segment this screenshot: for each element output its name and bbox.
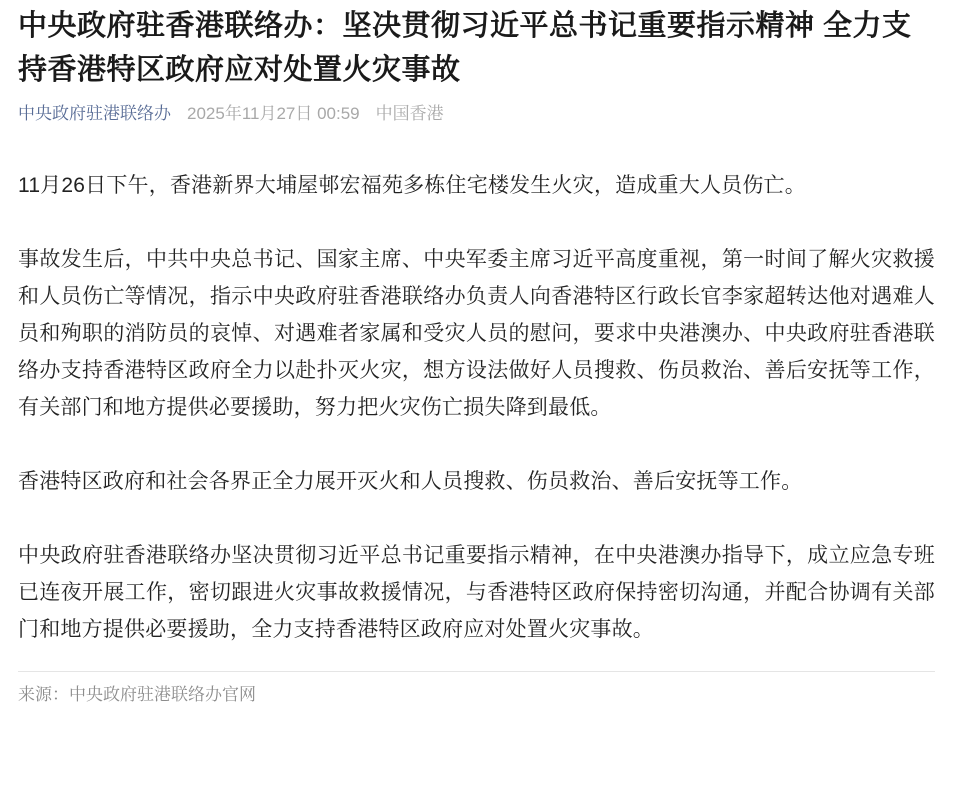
author-link[interactable]: 中央政府驻港联络办 [18,101,171,127]
article-paragraph: 11月26日下午，香港新界大埔屋邨宏福苑多栋住宅楼发生火灾，造成重大人员伤亡。 [18,167,935,204]
article-paragraph: 中央政府驻香港联络办坚决贯彻习近平总书记重要指示精神，在中央港澳办指导下，成立应… [18,537,935,648]
article-source: 来源：中央政府驻港联络办官网 [18,671,935,707]
article-body: 11月26日下午，香港新界大埔屋邨宏福苑多栋住宅楼发生火灾，造成重大人员伤亡。 … [18,167,935,648]
article: 中央政府驻香港联络办：坚决贯彻习近平总书记重要指示精神 全力支持香港特区政府应对… [0,0,953,707]
publish-datetime: 2025年11月27日 00:59 [187,101,360,127]
byline: 中央政府驻港联络办 2025年11月27日 00:59 中国香港 [18,101,935,127]
source-text: 来源：中央政府驻港联络办官网 [18,685,256,704]
article-paragraph: 香港特区政府和社会各界正全力展开灭火和人员搜救、伤员救治、善后安抚等工作。 [18,463,935,500]
article-title: 中央政府驻香港联络办：坚决贯彻习近平总书记重要指示精神 全力支持香港特区政府应对… [18,4,935,92]
publish-location: 中国香港 [376,101,444,127]
article-paragraph: 事故发生后，中共中央总书记、国家主席、中央军委主席习近平高度重视，第一时间了解火… [18,241,935,426]
